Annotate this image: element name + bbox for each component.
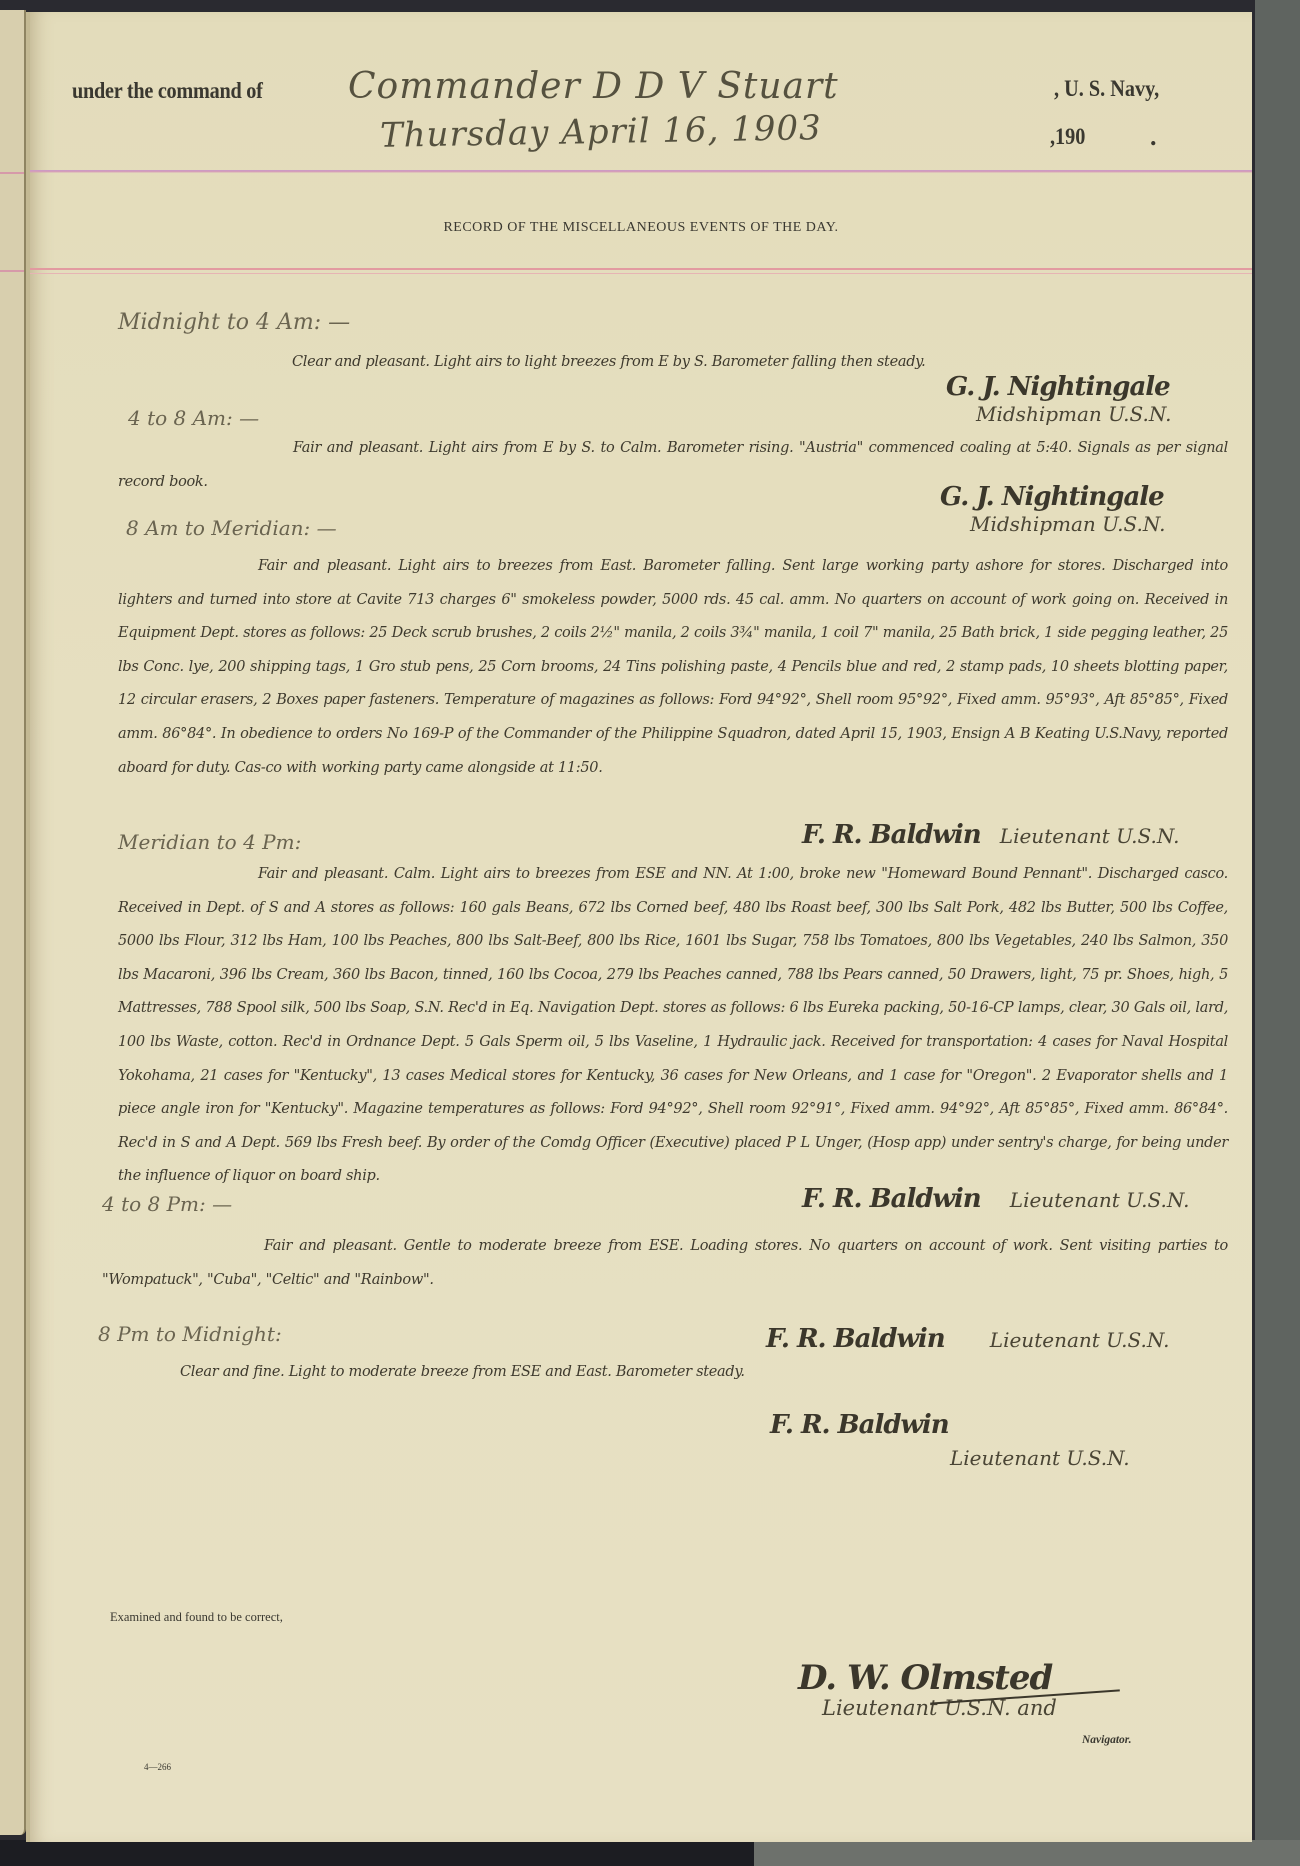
watch-heading: 4 to 8 Am: —: [128, 406, 259, 430]
background-right: [1255, 0, 1300, 1866]
navigator-signature-name: D. W. Olmsted: [798, 1658, 1057, 1698]
watch-signature: G. J. Nightingale Midshipman U.S.N.: [940, 482, 1165, 536]
watch-signature: G. J. Nightingale Midshipman U.S.N.: [946, 372, 1171, 426]
signature-rank: Lieutenant U.S.N.: [950, 1446, 1130, 1470]
signature-rank: Midshipman U.S.N.: [976, 402, 1171, 426]
signature-rank: Lieutenant U.S.N.: [1000, 824, 1180, 848]
prev-page-rule: [0, 172, 24, 174]
logbook-page: under the command of Commander D D V Stu…: [26, 12, 1252, 1842]
watch-signature: F. R. Baldwin Lieutenant U.S.N.: [802, 820, 1179, 850]
title-rule-secondary: [30, 273, 1252, 274]
prev-page-rule: [0, 270, 24, 272]
examined-statement: Examined and found to be correct,: [110, 1610, 283, 1625]
signature-name: F. R. Baldwin: [802, 820, 981, 850]
navy-suffix: , U. S. Navy,: [1054, 76, 1159, 102]
signature-name: F. R. Baldwin: [802, 1184, 981, 1214]
watch-text: Fair and pleasant. Calm. Light airs to b…: [118, 858, 1228, 1194]
watch-heading: Midnight to 4 Am: —: [118, 310, 350, 335]
watch-text: Fair and pleasant. Light airs to breezes…: [118, 550, 1228, 785]
navigator-rank: Lieutenant U.S.N. and: [822, 1696, 1057, 1720]
header-rule: [30, 170, 1252, 173]
background-bottom: [0, 1840, 1300, 1866]
signature-name: G. J. Nightingale: [946, 372, 1171, 402]
header-lead-text: under the command of: [72, 78, 263, 104]
signature-rank: Midshipman U.S.N.: [970, 512, 1165, 536]
title-rule: [30, 268, 1252, 270]
signature-name: F. R. Baldwin: [766, 1324, 945, 1354]
watch-text: Fair and pleasant. Gentle to moderate br…: [102, 1230, 1228, 1297]
signature-rank: Lieutenant U.S.N.: [990, 1328, 1170, 1352]
watch-heading: 8 Pm to Midnight:: [98, 1322, 282, 1346]
signature-name: F. R. Baldwin: [770, 1410, 1130, 1440]
commander-name: Commander D D V Stuart: [348, 66, 839, 107]
watch-signature: F. R. Baldwin Lieutenant U.S.N.: [770, 1410, 1130, 1470]
watch-4-to-8pm-signature: F. R. Baldwin Lieutenant U.S.N.: [766, 1324, 1169, 1354]
watch-text: Clear and fine. Light to moderate breeze…: [180, 1356, 1160, 1390]
previous-page-edge: [0, 10, 26, 1835]
watch-heading: Meridian to 4 Pm:: [118, 830, 301, 854]
signature-name: G. J. Nightingale: [940, 482, 1165, 512]
log-date: Thursday April 16, 1903: [380, 108, 822, 156]
year-prefix: ,190: [1050, 124, 1085, 150]
year-dot: .: [1150, 122, 1157, 152]
watch-signature: F. R. Baldwin Lieutenant U.S.N.: [802, 1184, 1189, 1214]
navigator-label: Navigator.: [1082, 1734, 1132, 1746]
signature-rank: Lieutenant U.S.N.: [1010, 1188, 1190, 1212]
record-title: RECORD OF THE MISCELLANEOUS EVENTS OF TH…: [30, 220, 1252, 236]
watch-heading: 8 Am to Meridian: —: [126, 516, 337, 540]
watch-heading: 4 to 8 Pm: —: [102, 1192, 232, 1216]
navigator-signature: D. W. Olmsted Lieutenant U.S.N. and: [798, 1658, 1057, 1720]
form-number: 4—266: [144, 1762, 171, 1772]
